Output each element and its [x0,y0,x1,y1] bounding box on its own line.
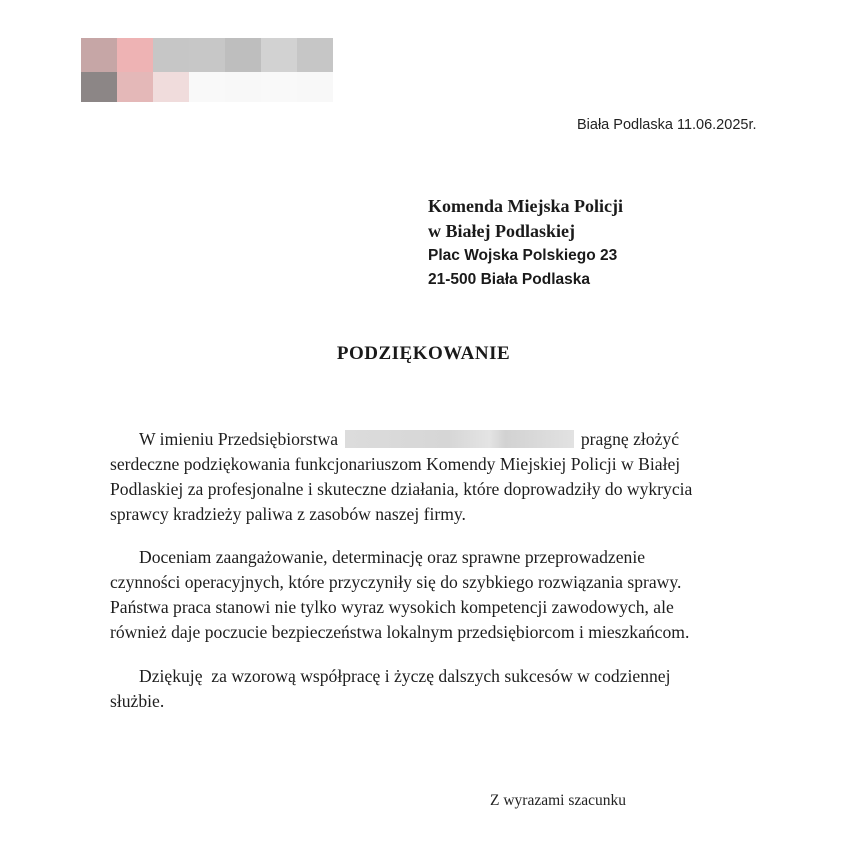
place-and-date: Biała Podlaska 11.06.2025r. [577,117,757,133]
paragraph-1-lead: W imieniu Przedsiębiorstwa [139,429,338,449]
paragraph-3-line-1: Dziękuję za wzorową współpracę i życzę d… [110,664,760,689]
addressee-name-line2: w Białej Podlaskiej [428,219,623,244]
paragraph-2: Doceniam zaangażowanie, determinację ora… [110,545,760,645]
paragraph-1-line-1: pragnę złożyć [581,429,679,449]
paragraph-2-line-2: czynności operacyjnych, które przyczynił… [110,570,760,595]
logo-pixel [81,38,117,72]
paragraph-2-line-3: Państwa praca stanowi nie tylko wyraz wy… [110,595,760,620]
paragraph-1: W imieniu Przedsiębiorstwa pragnę złożyć… [110,427,760,527]
logo-pixel [189,72,225,102]
logo-pixel [189,38,225,72]
paragraph-2-line-1: Doceniam zaangażowanie, determinację ora… [110,545,760,570]
closing-salutation: Z wyrazami szacunku [490,792,626,810]
paragraph-1-line-2: serdeczne podziękowania funkcjonariuszom… [110,452,760,477]
paragraph-3-line-2: służbie. [110,689,760,714]
addressee-name-line1: Komenda Miejska Policji [428,194,623,219]
logo-pixel [225,38,261,72]
logo-pixel [81,72,117,102]
logo-pixel [225,72,261,102]
blurred-logo [81,38,333,102]
logo-pixel [117,38,153,72]
logo-pixel [153,72,189,102]
addressee-postal-city: 21-500 Biała Podlaska [428,268,623,292]
paragraph-2-line-4: również daje poczucie bezpieczeństwa lok… [110,620,760,645]
logo-pixel [153,38,189,72]
logo-pixel [297,72,333,102]
paragraph-3: Dziękuję za wzorową współpracę i życzę d… [110,664,760,714]
paragraph-1-line-3: Podlaskiej za profesjonalne i skuteczne … [110,477,760,502]
redacted-company-name [345,430,574,448]
paragraph-1-line-4: sprawcy kradzieży paliwa z zasobów nasze… [110,502,760,527]
logo-pixel [117,72,153,102]
addressee-block: Komenda Miejska Policji w Białej Podlask… [428,194,623,292]
document-title: PODZIĘKOWANIE [0,343,847,365]
logo-pixel [261,72,297,102]
logo-pixel [261,38,297,72]
logo-pixel [297,38,333,72]
addressee-street: Plac Wojska Polskiego 23 [428,244,623,268]
